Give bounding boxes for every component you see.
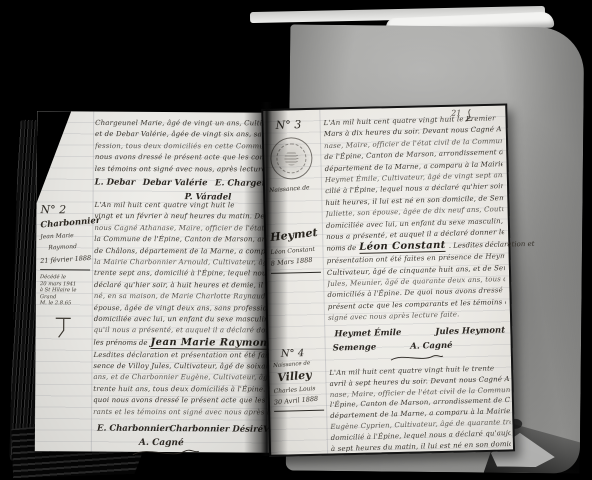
act3-signature-row: Heymet ÉmileJules Heymont <box>334 326 505 340</box>
handwritten-line: né, en sa maison, de Marie Charlotte Ray… <box>94 291 282 303</box>
margin-surname: Villey <box>277 367 324 384</box>
signature: L. Debar <box>95 178 136 188</box>
signature: E. Charbonnier <box>97 424 169 435</box>
handwritten-line: quoi nous avons dressé le présent acte q… <box>93 395 281 407</box>
handwritten-line: épouse, âgée de vingt deux ans, sans pro… <box>94 303 282 315</box>
margin-divider <box>274 410 324 412</box>
margin-firstnames: Charles Louis <box>273 384 323 395</box>
signature-mayor: A. Cagné <box>139 438 184 448</box>
handwritten-line: domiciliée avec lui, un enfant du sexe m… <box>94 314 282 326</box>
act4-body: L'An mil huit cent quatre vingt huit le … <box>329 363 511 453</box>
right-page: 21 N° 3 Naissance de Heymet Léon Constan… <box>261 103 515 456</box>
left-page: Chargeunel Marie, âgé de vingt un ans, C… <box>35 111 283 453</box>
margin-divider <box>40 269 90 270</box>
signature: Debar Valérie <box>143 178 208 188</box>
seal-stamp-icon <box>270 137 313 180</box>
name-prefix: noms de <box>326 244 356 253</box>
child-name-underlined: Léon Constant <box>359 240 446 254</box>
handwritten-line: Chargeunel Marie, âgé de vingt un ans, C… <box>95 118 281 130</box>
handwritten-line: les témoins ont signé avec nous, après l… <box>95 164 281 176</box>
signature: Heymet Émile <box>334 328 401 340</box>
margin-surname: Charbonnier <box>40 216 95 230</box>
page-corner-shadow <box>37 111 72 203</box>
handwritten-line: Lesdites déclaration et présentation ont… <box>93 350 281 362</box>
signature-flourish-icon <box>131 448 201 458</box>
handwritten-line: la Commune de l'Épine, Canton de Marson,… <box>94 234 282 246</box>
margin-date: 8 Mars 1888 <box>270 255 321 268</box>
act3-lines: L'An mil huit cent quatre vingt huit le … <box>323 114 504 243</box>
child-name-underlined: Jean Marie Raymond <box>151 337 275 350</box>
margin-divider <box>271 272 321 274</box>
handwritten-line: qu'il nous a présenté, et auquel il a dé… <box>94 325 282 337</box>
margin-date: 30 Avril 1888 <box>274 394 325 407</box>
handwritten-line: fession, tous deux domiciliés en cette C… <box>95 141 281 153</box>
signature-row: L. DebarDebar ValérieE. Chargeunel <box>95 178 283 189</box>
margin-firstnames: Léon Constant <box>270 245 320 256</box>
act2-margin: N° 2 Charbonnier Jean Marie Raymond 21 f… <box>40 203 95 339</box>
name-prefix: les prénoms de <box>94 338 148 346</box>
act3-body: L'An mil huit cent quatre vingt huit le … <box>323 114 506 325</box>
handwritten-line: trente huit ans, tous deux domiciliés à … <box>93 384 281 396</box>
child-name-line: les prénoms de Jean Marie Raymond <box>94 336 282 350</box>
signature: Charbonnier Désiré <box>169 424 263 435</box>
handwritten-line: trente sept ans, domicilié à l'Épine, le… <box>94 268 282 280</box>
handwritten-line: la Mairie Charbonnier Arnould, Cultivate… <box>94 257 282 269</box>
signature: Jules Heymont <box>435 326 505 338</box>
handwritten-line: L'An mil huit cent quatre vingt huit le <box>95 200 283 212</box>
act3-signature-row-2: SemengeA. Cagné <box>333 341 453 354</box>
signature: A. Cagné <box>410 341 453 352</box>
register-photo: Chargeunel Marie, âgé de vingt un ans, C… <box>0 0 592 480</box>
previous-act-closing: Chargeunel Marie, âgé de vingt un ans, C… <box>95 118 281 176</box>
note-line: M. le 2.8.65 <box>40 300 94 307</box>
handwritten-line: et de Debar Valérie, âgée de vingt six a… <box>95 129 281 141</box>
handwritten-line: nous Cagné Athanase, Maire, officier de … <box>94 223 282 235</box>
margin-surname: Heymet <box>270 226 321 244</box>
act2-lines-after: Lesdites déclaration et présentation ont… <box>93 349 281 419</box>
act2-lines: L'An mil huit cent quatre vingt huit lev… <box>94 200 283 338</box>
handwritten-line: de Châlons, département de la Marne, a c… <box>94 246 282 258</box>
margin-firstnames: Jean Marie <box>40 231 94 240</box>
death-marginal-note: Décédé le20 mars 1941à St Hilaire le Gra… <box>40 274 94 307</box>
margin-firstnames-2: Raymond <box>48 242 94 251</box>
note-line: à St Hilaire le Grand <box>40 287 94 300</box>
handwritten-line: déclaré qu'hier soir, à huit heures et d… <box>94 280 282 292</box>
act4-margin: N° 4 Naissance de Villey Charles Louis 3… <box>273 348 324 412</box>
handwritten-line: nous avons dressé le présent acte que le… <box>95 152 281 164</box>
handwritten-line: rants et les témoins ont signé avec nous… <box>93 407 281 419</box>
act-number: N° 3 <box>275 118 317 132</box>
handwritten-line: vingt et un février à neuf heures du mat… <box>94 211 282 223</box>
act3-lines-after: présentation ont été faites en présence … <box>327 252 507 324</box>
act2-body: L'An mil huit cent quatre vingt huit lev… <box>93 200 283 419</box>
signature: Semenge <box>333 342 377 353</box>
handwritten-line: ans, et de Charbonnier Eugène, Cultivate… <box>93 373 281 385</box>
margin-label: Naissance de <box>269 183 319 194</box>
handwritten-line: sence de Villoy Jules, Cultivateur, âgé … <box>93 361 281 373</box>
act-number: N° 4 <box>281 348 323 360</box>
margin-date: 21 février 1888 <box>40 254 94 265</box>
paraphe-flourish-icon <box>54 315 74 339</box>
signature-flourish-icon <box>389 353 445 363</box>
act2-signature-row: E. CharbonnierCharbonnier DésiréVilloy <box>97 424 273 435</box>
act3-margin: N° 3 Naissance de Heymet Léon Constant 8… <box>267 118 321 274</box>
act-number: N° 2 <box>40 203 94 216</box>
